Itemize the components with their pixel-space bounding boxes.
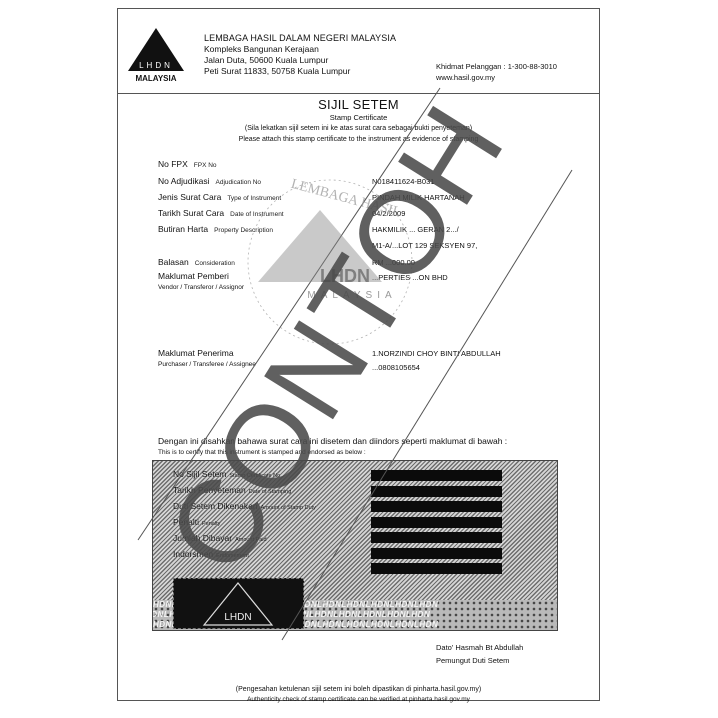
verification-note-en: Authenticity check of stamp certificate … <box>118 696 599 703</box>
field-instrument-date: Tarikh Surat CaraDate of Instrument <box>158 208 284 218</box>
redaction-bar <box>371 548 502 559</box>
verification-note-ms: (Pengesahan ketulenan sijil setem ini bo… <box>118 686 599 693</box>
stamp-row-penalty: PenaltiPenalty <box>173 517 220 527</box>
lhdn-hologram-seal: LHDN <box>173 578 304 629</box>
contact-info: Khidmat Pelanggan : 1-300-88-3010 www.ha… <box>436 61 557 83</box>
field-fpx-no: No FPXFPX No <box>158 159 217 169</box>
instruction-ms: (Sila lekatkan sijil setem ini ke atas s… <box>118 125 599 132</box>
value-instrument-date: 04/2/2009 <box>372 209 405 218</box>
value-consideration: RM ...000.00 <box>372 258 415 267</box>
stamp-row-date: Tarikh PenyetemanDate of Stamping <box>173 485 291 495</box>
lhdn-logo: LHDN MALAYSIA <box>124 26 188 84</box>
redaction-bar <box>371 470 502 481</box>
field-purchaser-en: Purchaser / Transferee / Assignee <box>158 361 256 368</box>
field-consideration: BalasanConsideration <box>158 257 235 267</box>
address-line: Kompleks Bangunan Kerajaan <box>204 44 396 55</box>
value-vendor: ...PERTIES ...ON BHD <box>372 273 448 282</box>
value-instrument-type: PINDAH MILIK HARTANAH <box>372 193 465 202</box>
stamp-row-duty: Duti Setem DikenakanAmount of Stamp Duty <box>173 501 316 511</box>
org-address: LEMBAGA HASIL DALAM NEGERI MALAYSIA Komp… <box>204 33 396 77</box>
certificate-title: SIJIL SETEM <box>118 97 599 112</box>
redaction-bar <box>371 501 502 512</box>
stamp-row-cert-no: No Sijil SetemStamp Certificate No <box>173 469 280 479</box>
certify-statement-ms: Dengan ini disahkan bahawa surat cara in… <box>158 436 507 446</box>
stamp-row-endorsement: IndorsmenEndorsement <box>173 549 249 559</box>
org-name: LEMBAGA HASIL DALAM NEGERI MALAYSIA <box>204 33 396 44</box>
field-adjudication-no: No AdjudikasiAdjudication No <box>158 176 261 186</box>
address-line: Peti Surat 11833, 50758 Kuala Lumpur <box>204 66 396 77</box>
stamp-row-amount-paid: Jumlah DibayarAmount Paid <box>173 533 267 543</box>
value-purchaser: 1.NORZINDI CHOY BINTI ABDULLAH <box>372 349 501 358</box>
field-property-description: Butiran HartaProperty Description <box>158 224 273 234</box>
svg-text:LHDN: LHDN <box>224 612 251 623</box>
field-vendor: Maklumat Pemberi <box>158 271 229 281</box>
svg-text:LHDN: LHDN <box>139 61 173 70</box>
field-purchaser: Maklumat Penerima <box>158 348 234 358</box>
stamp-details-box: No Sijil SetemStamp Certificate No Tarik… <box>152 460 558 631</box>
certificate-subtitle: Stamp Certificate <box>118 113 599 122</box>
website-link[interactable]: www.hasil.gov.my <box>436 72 557 83</box>
customer-service: Khidmat Pelanggan : 1-300-88-3010 <box>436 61 557 72</box>
instruction-en: Please attach this stamp certificate to … <box>118 136 599 143</box>
signatory-title: Pemungut Duti Setem <box>436 654 523 667</box>
signatory-name: Dato' Hasmah Bt Abdullah <box>436 641 523 654</box>
header-divider <box>118 93 599 94</box>
redaction-bar <box>371 532 502 543</box>
value-adjudication-no: N018411624-B031 <box>372 177 434 186</box>
value-property-description: HAKMILIK ... GERAN 2.../ <box>372 225 459 234</box>
field-instrument-type: Jenis Surat CaraType of Instrument <box>158 192 281 202</box>
redaction-bar <box>371 563 502 574</box>
value-purchaser-id: ...0808105654 <box>372 363 420 372</box>
redaction-bar <box>371 517 502 528</box>
field-vendor-en: Vendor / Transferor / Assignor <box>158 284 244 291</box>
svg-text:MALAYSIA: MALAYSIA <box>135 74 176 83</box>
value-property-description-2: M1-A/...LOT 129 SEKSYEN 97, <box>372 241 477 250</box>
redaction-bar <box>371 486 502 497</box>
address-line: Jalan Duta, 50600 Kuala Lumpur <box>204 55 396 66</box>
stamp-certificate-page: LHDN MALAYSIA LEMBAGA HASIL DALAM NEGERI… <box>117 8 600 701</box>
certify-statement-en: This is to certify that this instrument … <box>158 449 366 456</box>
signatory-block: Dato' Hasmah Bt Abdullah Pemungut Duti S… <box>436 641 523 667</box>
